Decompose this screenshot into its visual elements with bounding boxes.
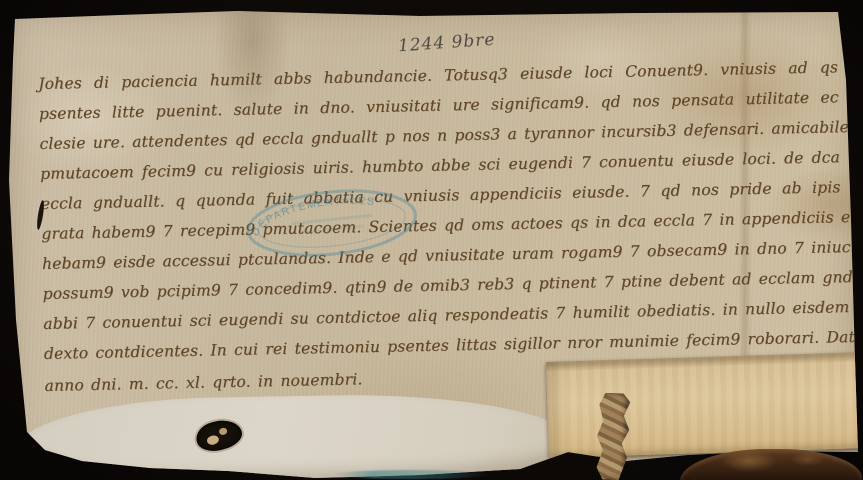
hole-fiber-speck: [206, 434, 220, 446]
bottom-fold-highlight: [17, 391, 578, 480]
stamp-smudge: [333, 470, 491, 479]
parchment-charter: 1244 9bre Johes di paciencia humilt abbs…: [0, 0, 863, 480]
seal-tag: [595, 392, 630, 480]
hole-fiber-speck: [218, 427, 227, 436]
archival-date-annotation: 1244 9bre: [397, 30, 496, 57]
charter-photograph: 1244 9bre Johes di paciencia humilt abbs…: [0, 0, 863, 480]
plica-fold: [546, 352, 863, 458]
charter-text-block: Johes di paciencia humilt abbs habundanc…: [38, 55, 838, 72]
